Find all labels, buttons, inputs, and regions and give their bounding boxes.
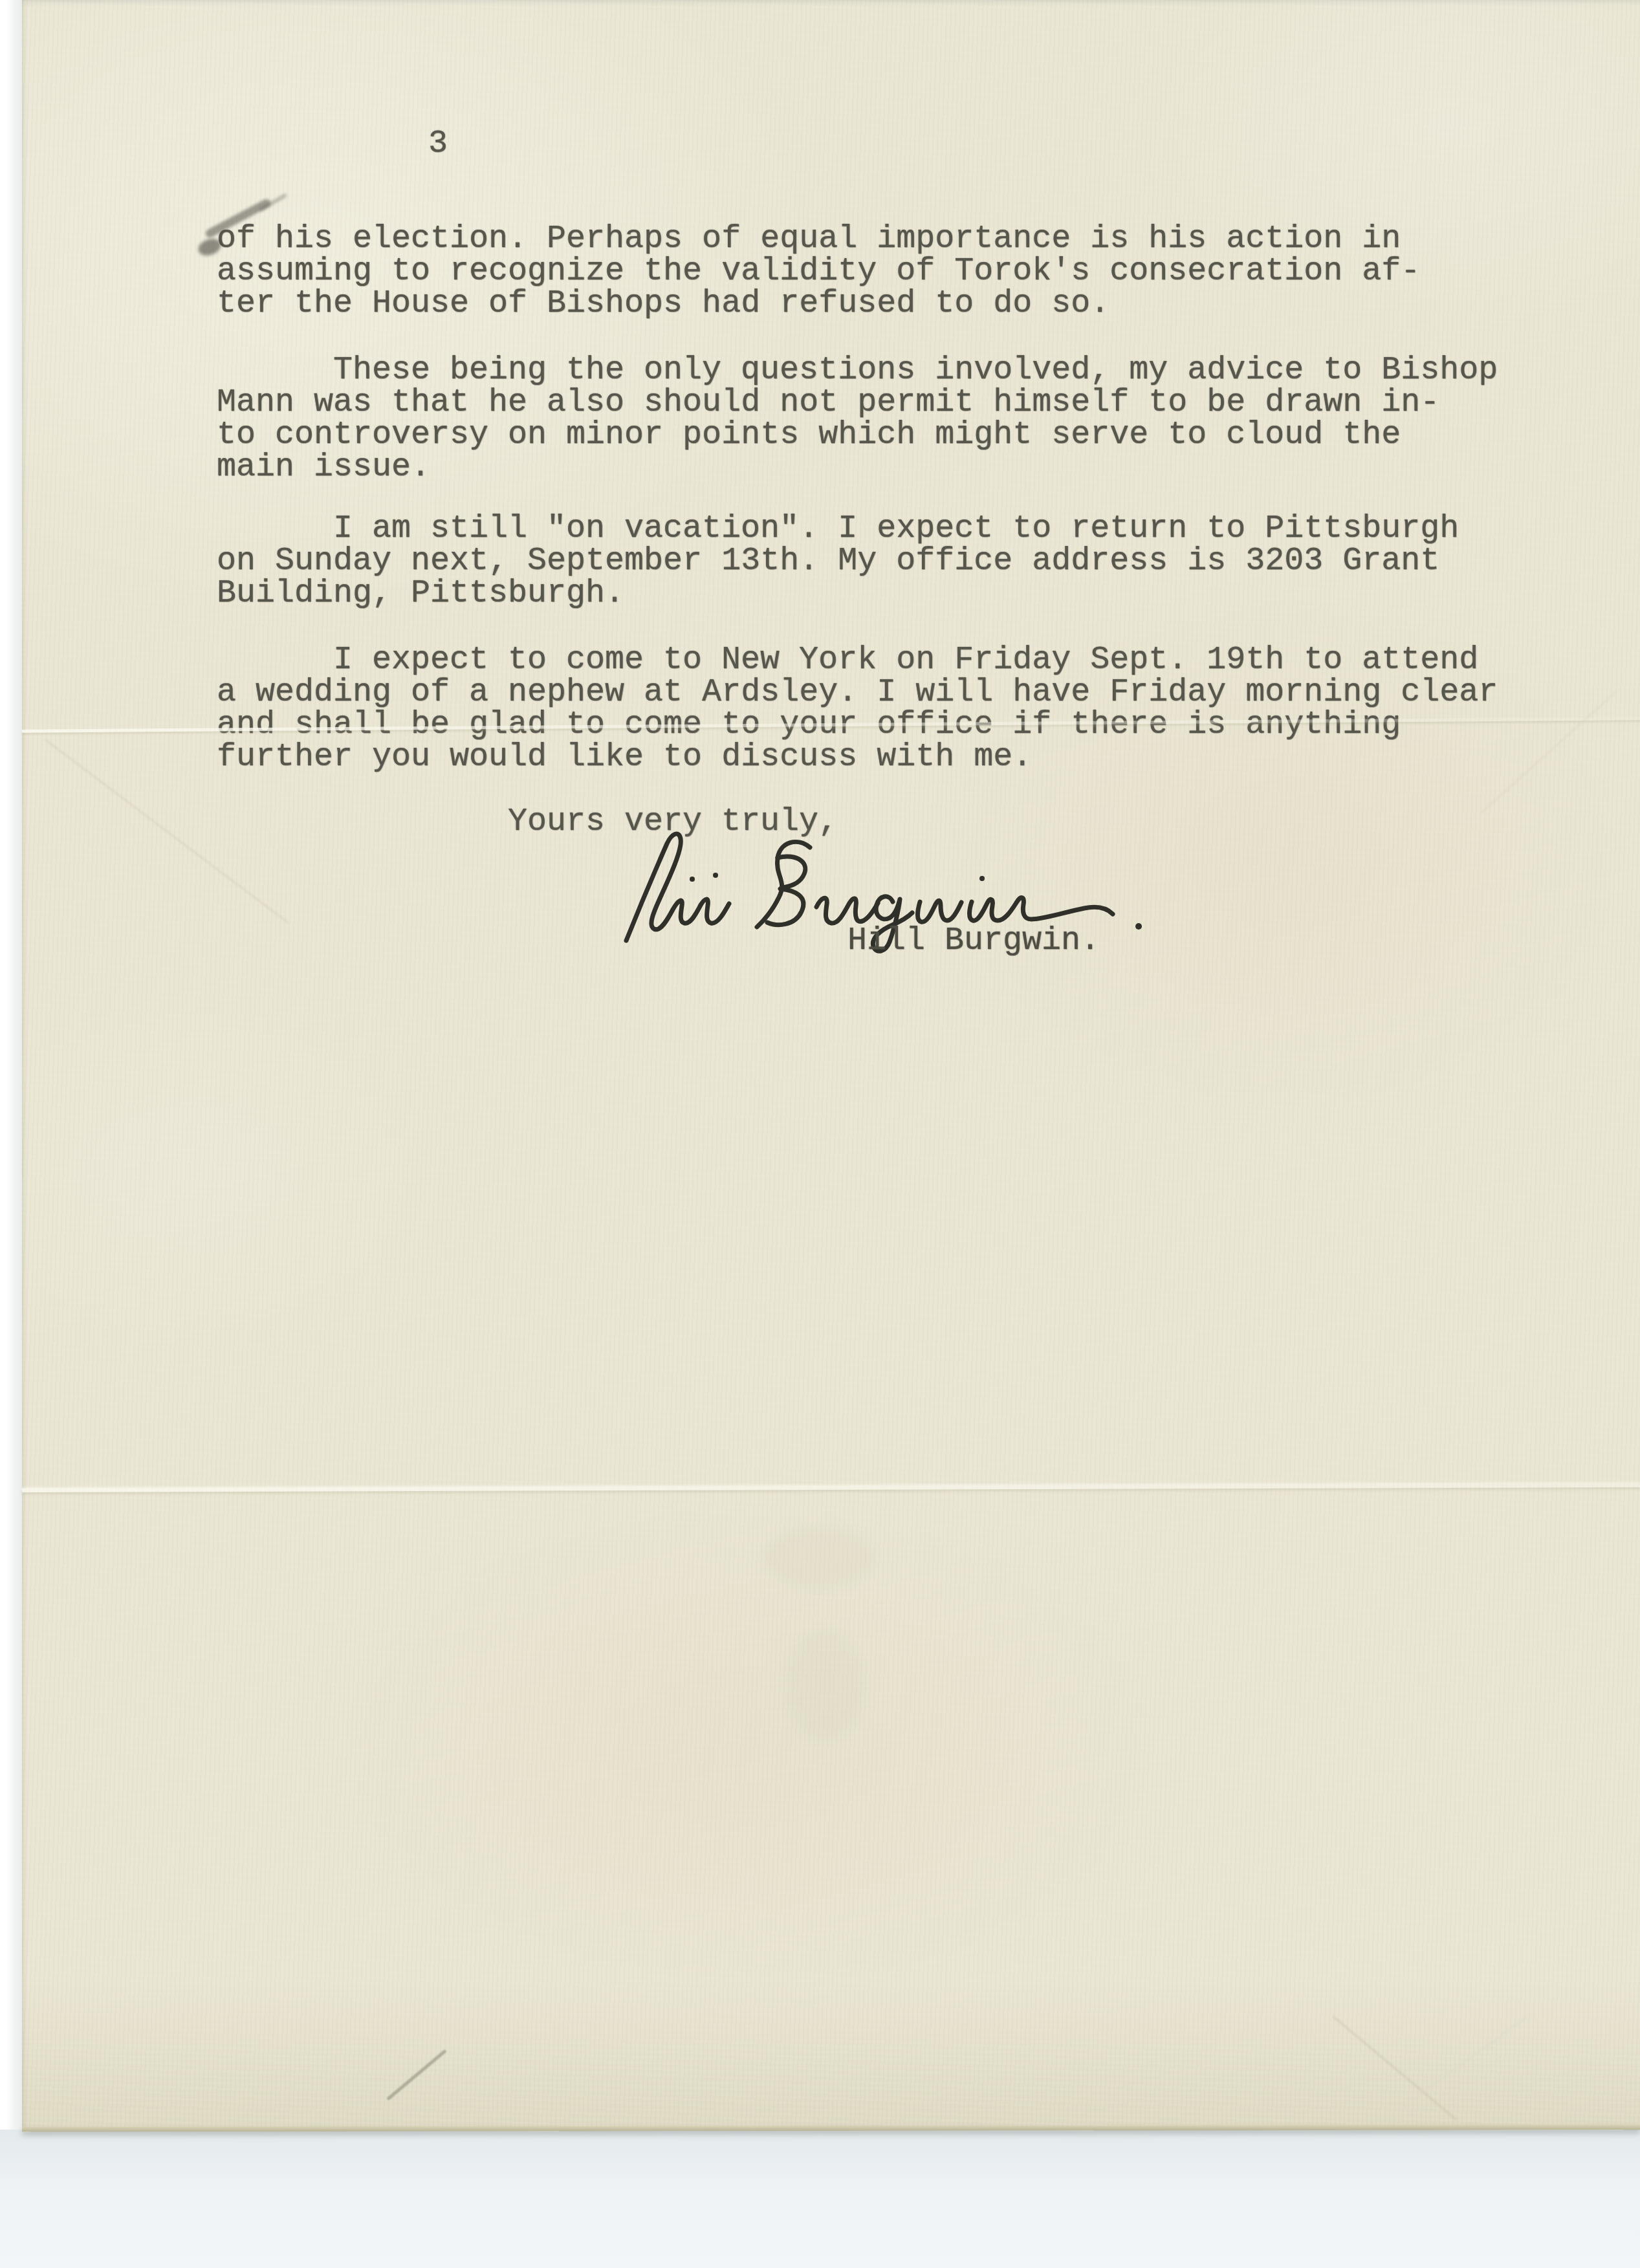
letter-paragraph-4: I expect to come to New York on Friday S… [217, 644, 1614, 774]
typed-signature-name: Hill Burgwin. [847, 925, 1100, 957]
letter-paragraph-2: These being the only questions involved,… [217, 354, 1614, 484]
page-number: 3 [428, 128, 448, 160]
scanner-background-left [0, 0, 23, 2268]
letter-paragraph-3: I am still "on vacation". I expect to re… [217, 513, 1614, 610]
scanner-background-bottom [0, 2130, 1640, 2268]
letter-paragraph-1: of his election. Perhaps of equal import… [217, 223, 1614, 320]
